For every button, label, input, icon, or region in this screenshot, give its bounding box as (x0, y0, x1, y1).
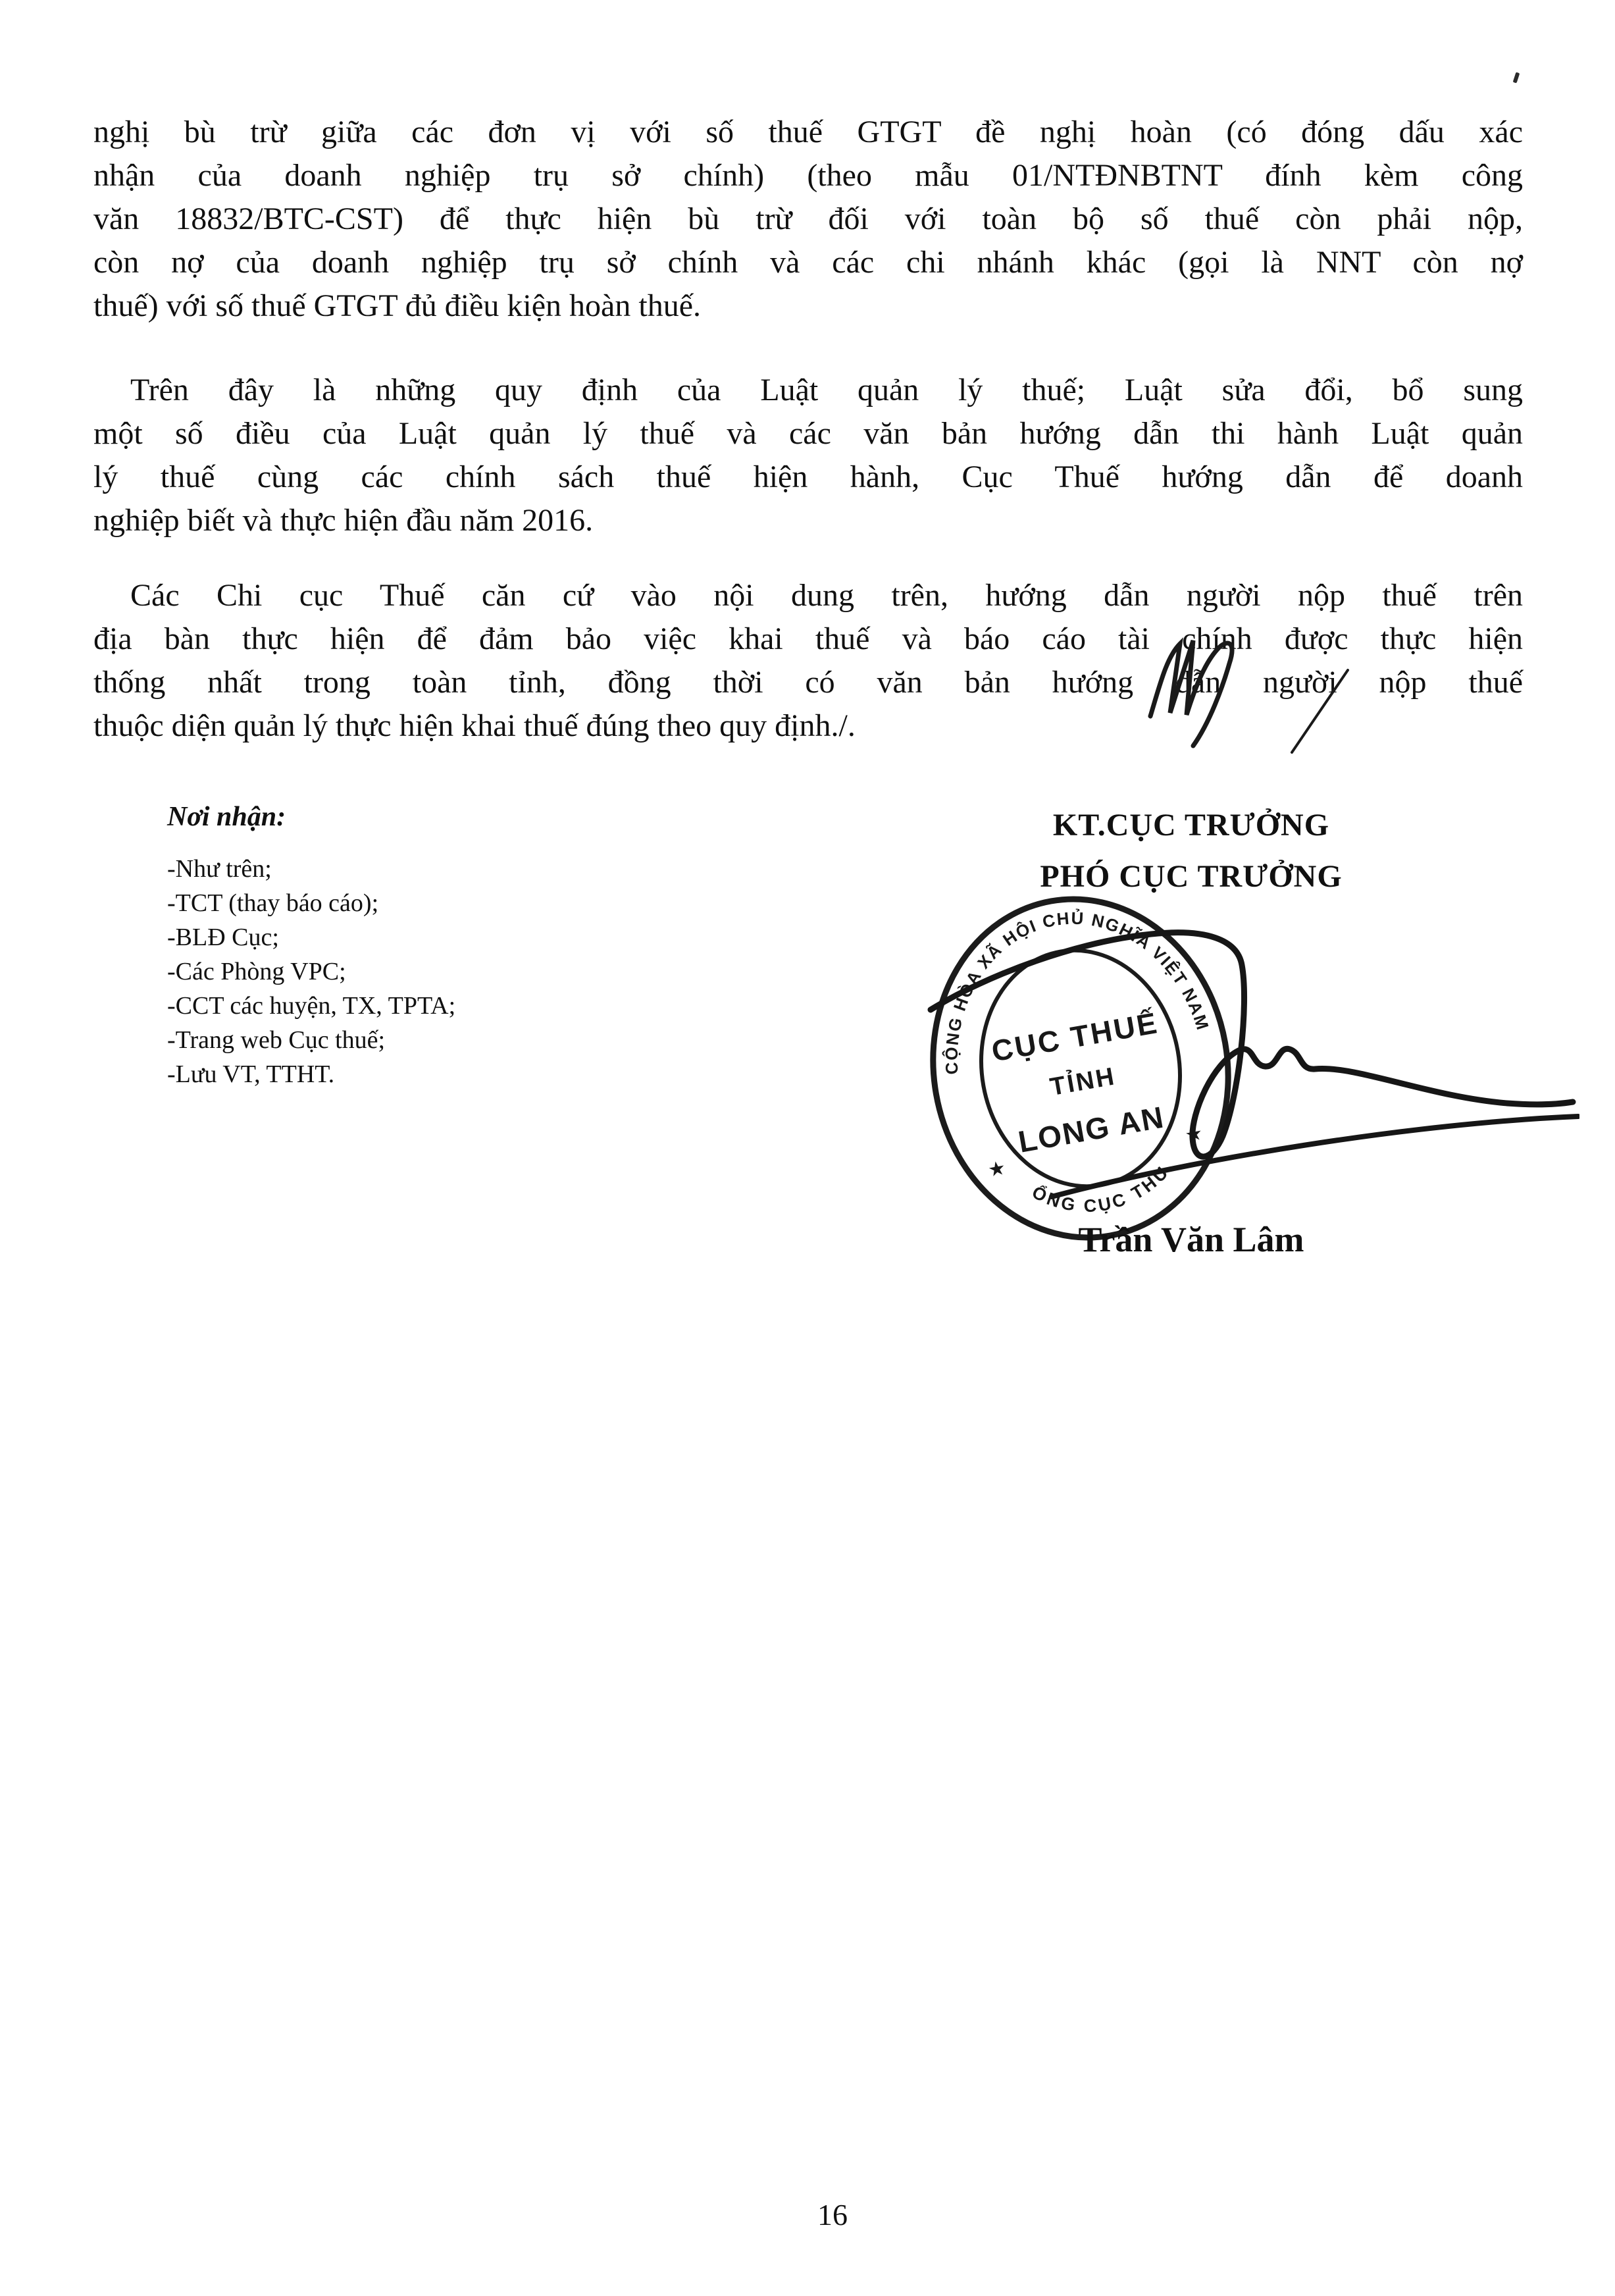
paragraph-2: Trên đây là những quy định của Luật quản… (93, 369, 1523, 542)
recipient-item: -TCT (thay báo cáo); (167, 886, 455, 920)
recipient-item: -Trang web Cục thuế; (167, 1023, 455, 1057)
recipients-header: Nơi nhận: (167, 800, 455, 833)
text-line: nghị bù trừ giữa các đơn vị với số thuế … (93, 111, 1523, 154)
recipient-item: -CCT các huyện, TX, TPTA; (167, 989, 455, 1023)
page-number: 16 (817, 2197, 848, 2232)
handwritten-signature (915, 899, 1579, 1202)
text-line: còn nợ của doanh nghiệp trụ sở chính và … (93, 241, 1523, 284)
recipient-item: -Các Phòng VPC; (167, 954, 455, 989)
recipients-block: Nơi nhận: -Như trên; -TCT (thay báo cáo)… (167, 800, 455, 1091)
recipient-item: -Lưu VT, TTHT. (167, 1057, 455, 1091)
handwritten-initials (1131, 624, 1414, 782)
initials-stroke (1150, 640, 1232, 746)
signature-underline-stroke (1052, 1116, 1578, 1197)
text-line: lý thuế cùng các chính sách thuế hiện hà… (93, 456, 1523, 499)
signer-title-line1: KT.CỤC TRƯỞNG (961, 806, 1422, 845)
text-line: văn 18832/BTC-CST) để thực hiện bù trừ đ… (93, 197, 1523, 241)
initials-tail-stroke (1292, 670, 1348, 752)
scan-artifact-speck (1513, 72, 1520, 83)
text-line: Các Chi cục Thuế căn cứ vào nội dung trê… (93, 574, 1523, 617)
text-line: nghiệp biết và thực hiện đầu năm 2016. (93, 499, 1523, 542)
signer-name: Trần Văn Lâm (987, 1219, 1395, 1260)
recipient-item: -Như trên; (167, 852, 455, 886)
text-line: Trên đây là những quy định của Luật quản… (93, 369, 1523, 412)
paragraph-1: nghị bù trừ giữa các đơn vị với số thuế … (93, 111, 1523, 328)
recipient-item: -BLĐ Cục; (167, 920, 455, 954)
text-line: một số điều của Luật quản lý thuế và các… (93, 412, 1523, 456)
text-line: thuế) với số thuế GTGT đủ điều kiện hoàn… (93, 284, 1523, 328)
text-line: nhận của doanh nghiệp trụ sở chính) (the… (93, 154, 1523, 197)
document-page: nghị bù trừ giữa các đơn vị với số thuế … (0, 0, 1615, 2296)
